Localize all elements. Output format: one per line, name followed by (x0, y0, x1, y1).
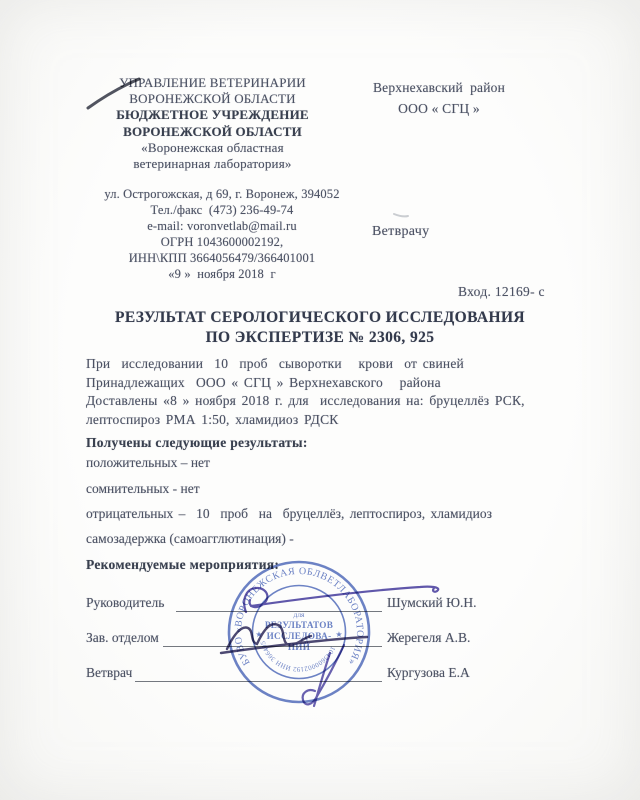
org-line-1: УПРАВЛЕНИЕ ВЕТЕРИНАРИИ (80, 75, 345, 91)
org-line-6: ветеринарная лаборатория» (80, 156, 345, 172)
body-paragraph: При исследовании 10 проб сыворотки крови… (86, 355, 525, 429)
stamp-center-line-3: ИССЛЕДОВА- (267, 631, 332, 641)
org-line-5: «Воронежская областная (80, 140, 345, 156)
contact-ogrn: ОГРН 1043600002192, (72, 235, 372, 251)
district-line: Верхнехавский район (363, 77, 515, 98)
body-line-2: Принадлежащих ООО « СГЦ » Верхнехавского… (86, 374, 525, 393)
incoming-number: Вход. 12169- с (458, 284, 545, 300)
doc-title-line-1: РЕЗУЛЬТАТ СЕРОЛОГИЧЕСКОГО ИССЛЕДОВАНИЯ (0, 308, 640, 328)
contact-innkpp: ИНН\КПП 3664056479/366401001 (72, 251, 372, 267)
company-line: ООО « СГЦ » (363, 98, 515, 119)
recipient-label: Ветврачу (372, 224, 429, 240)
contact-phone: Тел./факс (473) 236-49-74 (72, 203, 372, 219)
result-positive: положительных – нет (86, 455, 210, 471)
body-line-4: лептоспироз РМА 1:50, хламидиоз РДСК (86, 411, 525, 430)
document-page: УПРАВЛЕНИЕ ВЕТЕРИНАРИИ ВОРОНЕЖСКОЙ ОБЛАС… (0, 0, 640, 800)
signature-name: Шумский Ю.Н. (387, 595, 476, 611)
signature-label: Зав. отделом (86, 630, 159, 645)
result-negative: отрицательных – 10 проб на бруцеллёз, ле… (86, 506, 492, 522)
org-name-block: УПРАВЛЕНИЕ ВЕТЕРИНАРИИ ВОРОНЕЖСКОЙ ОБЛАС… (80, 75, 345, 172)
signature-name: Жерегеля А.В. (387, 630, 470, 646)
scan-artifact-mark (394, 214, 408, 216)
org-line-2: ВОРОНЕЖСКОЙ ОБЛАСТИ (80, 91, 345, 107)
signature-label: Руководитель (86, 595, 164, 610)
stamp-star-right: ★ (335, 630, 342, 639)
signature-label: Ветврач (86, 665, 132, 680)
signature-name: Кургузова Е.А (387, 665, 470, 681)
contact-block: ул. Острогожская, д 69, г. Воронеж, 3940… (72, 187, 372, 282)
stamp-center-line-2: РЕЗУЛЬТАТОВ (265, 620, 333, 630)
doc-title: РЕЗУЛЬТАТ СЕРОЛОГИЧЕСКОГО ИССЛЕДОВАНИЯ П… (0, 308, 640, 347)
contact-address: ул. Острогожская, д 69, г. Воронеж, 3940… (72, 187, 372, 203)
contact-email: e-mail: voronvetlab@mail.ru (72, 219, 372, 235)
result-doubtful: сомнительных - нет (86, 481, 200, 497)
stamp-star-left: ★ (255, 630, 262, 639)
body-line-3: Доставлены «8 » ноября 2018 г. для иссле… (86, 392, 525, 411)
round-stamp: БУВО «ВОРОНЕЖСКАЯ ОБЛВЕТЛАБОРАТОРИЯ» ОГР… (223, 556, 375, 708)
addressee-block: Верхнехавский район ООО « СГЦ » (363, 77, 515, 119)
result-autoagglutination: самозадержка (самоагглютинация) - (86, 531, 294, 547)
org-line-3: БЮДЖЕТНОЕ УЧРЕЖДЕНИЕ (80, 107, 345, 123)
results-heading: Получены следующие результаты: (86, 435, 308, 451)
org-line-4: ВОРОНЕЖСКОЙ ОБЛАСТИ (80, 124, 345, 140)
contact-date: «9 » ноября 2018 г (72, 267, 372, 283)
stamp-center-line-4: НИЙ (288, 642, 310, 652)
stamp-center-line-1: для (293, 610, 305, 619)
doc-title-line-2: ПО ЭКСПЕРТИЗЕ № 2306, 925 (0, 328, 640, 348)
body-line-1: При исследовании 10 проб сыворотки крови… (86, 355, 525, 374)
